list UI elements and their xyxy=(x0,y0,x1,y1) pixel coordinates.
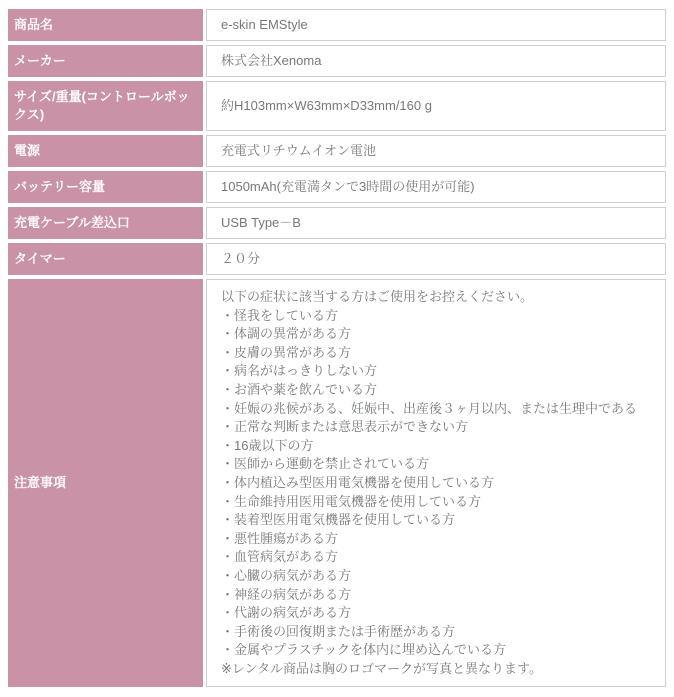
spec-value-charge-port: USB Type－B xyxy=(206,207,666,239)
spec-row-charge-port: 充電ケーブル差込口 USB Type－B xyxy=(8,207,666,239)
caution-line: 以下の症状に該当する方はご使用をお控えください。 xyxy=(221,288,655,307)
spec-row-maker: メーカー 株式会社Xenoma xyxy=(8,45,666,77)
caution-line: ・16歳以下の方 xyxy=(221,437,655,456)
spec-row-battery: バッテリー容量 1050mAh(充電満タンで3時間の使用が可能) xyxy=(8,171,666,203)
caution-lines: 以下の症状に該当する方はご使用をお控えください。・怪我をしている方・体調の異常が… xyxy=(221,288,655,678)
spec-label-timer: タイマー xyxy=(8,243,203,275)
spec-label-charge-port: 充電ケーブル差込口 xyxy=(8,207,203,239)
spec-label-cautions: 注意事項 xyxy=(8,279,203,687)
caution-line: ・医師から運動を禁止されている方 xyxy=(221,455,655,474)
caution-line: ・心臓の病気がある方 xyxy=(221,567,655,586)
caution-line: ・妊娠の兆候がある、妊娠中、出産後３ヶ月以内、または生理中である xyxy=(221,400,655,419)
caution-line: ・体内植込み型医用電気機器を使用している方 xyxy=(221,474,655,493)
spec-row-power: 電源 充電式リチウムイオン電池 xyxy=(8,135,666,167)
product-spec-table: 商品名 e-skin EMStyle メーカー 株式会社Xenoma サイズ/重… xyxy=(8,9,666,687)
caution-line: ※レンタル商品は胸のロゴマークが写真と異なります。 xyxy=(221,660,655,679)
caution-line: ・悪性腫瘍がある方 xyxy=(221,530,655,549)
spec-row-size-weight: サイズ/重量(コントロールボックス) 約H103mm×W63mm×D33mm/1… xyxy=(8,81,666,131)
spec-value-battery: 1050mAh(充電満タンで3時間の使用が可能) xyxy=(206,171,666,203)
spec-label-maker: メーカー xyxy=(8,45,203,77)
caution-line: ・皮膚の異常がある方 xyxy=(221,344,655,363)
spec-value-product-name: e-skin EMStyle xyxy=(206,9,666,41)
spec-label-battery: バッテリー容量 xyxy=(8,171,203,203)
caution-line: ・装着型医用電気機器を使用している方 xyxy=(221,511,655,530)
caution-line: ・怪我をしている方 xyxy=(221,307,655,326)
spec-label-size-weight: サイズ/重量(コントロールボックス) xyxy=(8,81,203,131)
caution-line: ・手術後の回復期または手術歴がある方 xyxy=(221,623,655,642)
spec-value-cautions: 以下の症状に該当する方はご使用をお控えください。・怪我をしている方・体調の異常が… xyxy=(206,279,666,687)
caution-line: ・血管病気がある方 xyxy=(221,548,655,567)
caution-line: ・神経の病気がある方 xyxy=(221,586,655,605)
spec-row-timer: タイマー ２０分 xyxy=(8,243,666,275)
spec-value-maker: 株式会社Xenoma xyxy=(206,45,666,77)
spec-row-product-name: 商品名 e-skin EMStyle xyxy=(8,9,666,41)
caution-line: ・金属やプラスチックを体内に埋め込んでいる方 xyxy=(221,641,655,660)
spec-label-power: 電源 xyxy=(8,135,203,167)
caution-line: ・代謝の病気がある方 xyxy=(221,604,655,623)
spec-value-timer: ２０分 xyxy=(206,243,666,275)
caution-line: ・体調の異常がある方 xyxy=(221,325,655,344)
caution-line: ・正常な判断または意思表示ができない方 xyxy=(221,418,655,437)
caution-line: ・お酒や薬を飲んでいる方 xyxy=(221,381,655,400)
spec-row-cautions: 注意事項 以下の症状に該当する方はご使用をお控えください。・怪我をしている方・体… xyxy=(8,279,666,687)
spec-label-product-name: 商品名 xyxy=(8,9,203,41)
spec-value-size-weight: 約H103mm×W63mm×D33mm/160 g xyxy=(206,81,666,131)
spec-value-power: 充電式リチウムイオン電池 xyxy=(206,135,666,167)
caution-line: ・病名がはっきりしない方 xyxy=(221,362,655,381)
caution-line: ・生命維持用医用電気機器を使用している方 xyxy=(221,493,655,512)
